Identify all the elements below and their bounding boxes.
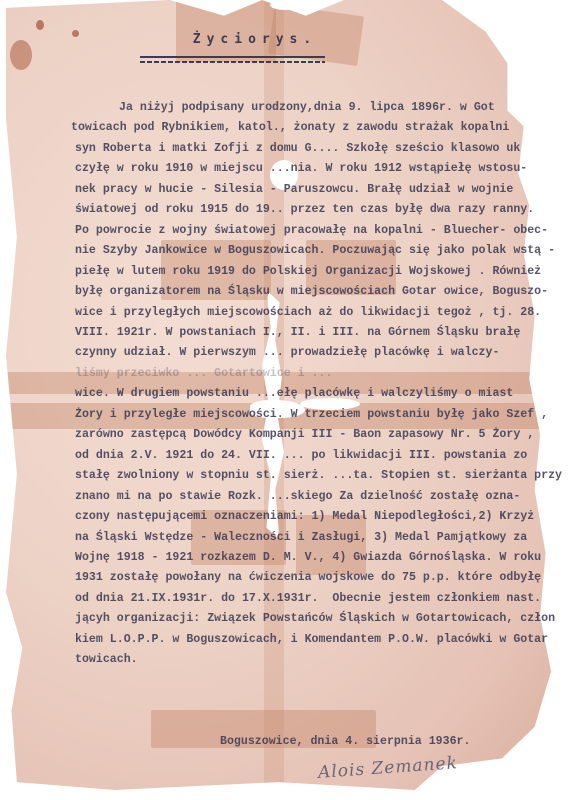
body-line: od dnia 2.V. 1921 do 24. VII. ... po lik… [75,446,545,466]
body-line: towicach. [75,650,545,670]
body-line: syn Roberta i matki Zofji z domu G.... S… [75,139,545,159]
body-line: czony następującemi oznaczeniami: 1) Med… [75,507,545,527]
rust-stain [36,20,44,30]
body-line: znano mi na po stawie Rozk. ...skiego Za… [75,487,545,507]
title-underline [140,56,325,58]
body-line: stałę zwolniony w stopniu st. sierż. ...… [75,466,545,486]
body-line: Po powrocie z wojny światowej pracowałę … [75,221,545,241]
body-line: wice. W drugiem powstaniu ...ełę placówk… [75,384,545,404]
body-line: kiem L.O.P.P. w Boguszowicach, i Komenda… [75,630,545,650]
paper-tear [270,0,300,10]
place-and-date: Boguszowice, dnia 4. sierpnia 1936r. [220,735,470,748]
rust-stain [72,30,79,37]
body-line: od dnia 21.IX.1931r. do 17.X.1931r. Obec… [75,589,545,609]
document-body: Ja niżyj podpisany urodzony,dnia 9. lipc… [75,98,545,671]
rust-stain [526,40,544,68]
body-line: Żory i przyległe miejscowości. W trzecie… [75,405,545,425]
body-line: światowej od roku 1915 do 19.. przez ten… [75,200,545,220]
body-line: liśmy przeciwko ... Gotartowice i ... [75,364,545,384]
title-underline-dashed [140,61,325,63]
body-line: jącyh organizacji: Związek Powstańców Śl… [75,609,545,629]
document-title: Życiorys. [175,32,335,47]
body-line: nek pracy w hucie - Silesia - Paruszowcu… [75,180,545,200]
body-line: piełę w lutem roku 1919 do Polskiej Orga… [75,262,545,282]
body-line: towicach pod Rybnikiem, katol., żonaty z… [71,118,545,138]
body-line: Ja niżyj podpisany urodzony,dnia 9. lipc… [75,98,545,118]
body-line: byłę organizatorem na Śląsku w miejscowo… [75,282,545,302]
body-line: VIII. 1921r. W powstaniach I., II. i III… [75,323,545,343]
body-line: na Śląski Wstędze - Waleczności i Zasług… [75,528,545,548]
tape-strip [176,0,276,62]
body-line: zarówno zastępcą Dowódcy Kompanji III - … [75,425,545,445]
body-line: wice i przyległych miejscowościach aż do… [75,303,545,323]
body-line: czyłę w roku 1910 w miejscu ...nia. W ro… [75,159,545,179]
rust-stain [10,40,32,70]
body-line: nie Szyby Jankowice w Boguszowicach. Poc… [75,241,545,261]
body-line: Wojnę 1918 - 1921 rozkazem D. M. V., 4) … [75,548,545,568]
body-line: czynny udział. W pierwszym ... prowadzie… [75,343,545,363]
body-line: 1931 zostałę powołany na ćwiczenia wojsk… [75,568,545,588]
